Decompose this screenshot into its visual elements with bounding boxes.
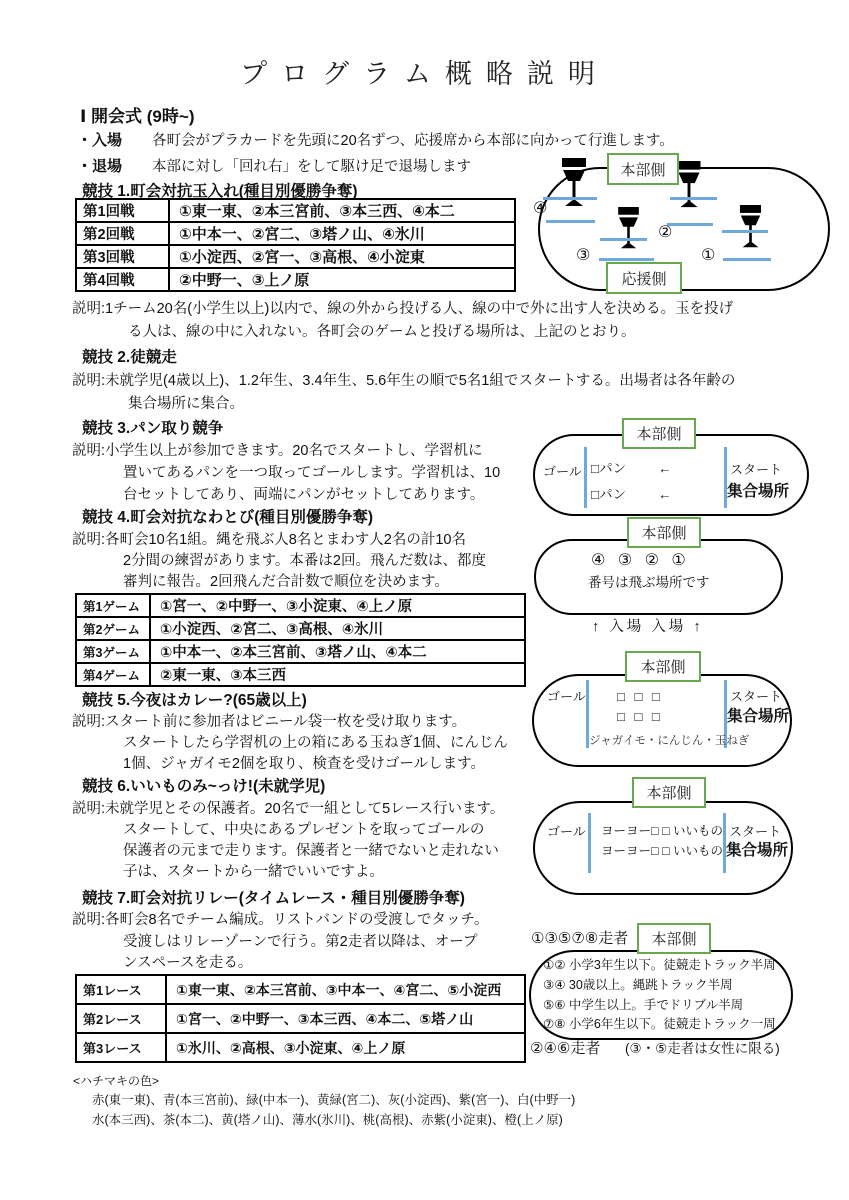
row-value: ①宮一、②中野一、③本三西、④本二、⑤塔ノ山 <box>167 1005 524 1032</box>
throw-line <box>667 223 713 226</box>
row-label: 第3ゲーム <box>77 641 151 662</box>
row-label: 第1回戦 <box>77 200 170 221</box>
goal-line <box>588 813 591 873</box>
relay-table: 第1レース ①東一東、②本三宮前、③中本一、④宮二、⑤小淀西 第2レース ①宮一… <box>75 974 526 1063</box>
row-label: 第1ゲーム <box>77 595 151 616</box>
table-row: 第3レース ①氷川、②高根、③小淀東、④上ノ原 <box>77 1032 524 1061</box>
pan-row: □パン <box>591 461 626 477</box>
event2-desc-line: 集合場所に集合。 <box>128 395 244 413</box>
event2-heading: 競技 2.徒競走 <box>82 348 177 367</box>
entry-line: ・入場各町会がプラカードを先頭に20名ずつ、応援席から本部に向かって行進します。 <box>77 131 674 151</box>
event2-desc-line: 説明:未就学児(4歳以上)、1.2年生、3.4年生、5.6年生の順で5名1組でス… <box>72 372 735 390</box>
event6-desc-line: 説明:未就学児とその保護者。20名で一組として5レース行います。 <box>72 800 504 818</box>
event7-desc-line: ンスペースを走る。 <box>123 954 252 972</box>
goal-line <box>584 447 587 508</box>
throw-line <box>546 220 595 223</box>
throw-line <box>600 238 647 241</box>
curry-goal-label: ゴール <box>547 689 586 705</box>
iimono-honbu-box: 本部側 <box>632 777 706 808</box>
tamaire-basket-icon <box>616 207 641 250</box>
row-label: 第4ゲーム <box>77 664 151 685</box>
throw-line <box>599 258 654 261</box>
event6-desc-line: 子は、スタートから一緒でいいですよ。 <box>123 863 384 881</box>
event5-desc-line: 1個、ジャガイモ2個を取り、検査を受けゴールします。 <box>123 755 485 773</box>
entry-label: ・入場 <box>77 132 122 149</box>
throw-line <box>722 230 768 233</box>
table-row: 第1ゲーム ①宮一、②中野一、③小淀東、④上ノ原 <box>77 595 524 616</box>
relay-rule-line: ⑤⑥ 中学生以上。手でドリブル半周 <box>543 998 743 1013</box>
left-arrow: ← <box>658 487 672 503</box>
program-page: プログラム概略説明 Ⅰ 開会式 (9時~) ・入場各町会がプラカードを先頭に20… <box>0 0 849 1200</box>
hachimaki-line: 赤(東一東)、青(本三宮前)、緑(中本一)、黄緑(宮二)、灰(小淀西)、紫(宮一… <box>92 1093 575 1109</box>
relay-rule-line: ⑦⑧ 小学6年生以下。徒競走トラック一周 <box>543 1017 776 1032</box>
row-label: 第2レース <box>77 1005 167 1032</box>
event4-heading: 競技 4.町会対抗なわとび(種目別優勝争奪) <box>82 508 373 527</box>
nawatobi-caption: 番号は飛ぶ場所です <box>588 575 710 591</box>
throw-line <box>543 197 597 200</box>
iimono-meet-label: 集合場所 <box>726 842 788 861</box>
event3-desc-line: 台セットしてあり、両端にパンがセットしてあります。 <box>123 486 484 504</box>
event3-desc-line: 説明:小学生以上が参加できます。20名でスタートし、学習机に <box>72 442 483 460</box>
table-row: 第2レース ①宮一、②中野一、③本三西、④本二、⑤塔ノ山 <box>77 1003 524 1032</box>
table-row: 第2回戦 ①中本一、②宮二、③塔ノ山、④氷川 <box>77 221 514 244</box>
row-label: 第3レース <box>77 1034 167 1061</box>
hachimaki-heading: <ハチマキの色> <box>73 1074 159 1089</box>
curry-items-caption: ジャガイモ・にんじん・玉ねぎ <box>589 735 749 749</box>
entry-text: 各町会がプラカードを先頭に20名ずつ、応援席から本部に向かって行進します。 <box>152 133 674 149</box>
hachimaki-line: 水(本三西)、茶(本二)、黄(塔ノ山)、薄水(氷川)、桃(高根)、赤紫(小淀東)… <box>92 1113 563 1129</box>
event5-desc-line: 説明:スタート前に参加者はビニール袋一枚を受け取ります。 <box>72 713 466 731</box>
event7-desc-line: 説明:各町会8名でチーム編成。リストバンドの受渡しでタッチ。 <box>72 911 489 929</box>
event6-desc-line: 保護者の元まで走ります。保護者と一緒でないと走れない <box>123 842 499 860</box>
position-number: ④ <box>533 199 547 218</box>
row-value: ②中野一、③上ノ原 <box>170 269 514 290</box>
curry-honbu-box: 本部側 <box>625 651 701 682</box>
position-number: ③ <box>576 246 590 265</box>
tamaire-honbu-box: 本部側 <box>607 153 679 185</box>
throw-line <box>723 258 771 261</box>
relay-rule-line: ①② 小学3年生以下。徒競走トラック半周 <box>543 958 776 973</box>
row-value: ①小淀西、②宮一、③高根、④小淀東 <box>170 246 514 267</box>
curry-start-label: スタート <box>730 689 782 705</box>
iimono-goal-label: ゴール <box>547 824 586 840</box>
curry-box-row: □ □ □ <box>617 709 663 725</box>
relay-honbu-box: 本部側 <box>637 923 711 954</box>
pan-row: □パン <box>591 487 626 503</box>
tamaire-basket-icon <box>561 158 587 208</box>
tamaire-table: 第1回戦 ①東一東、②本三宮前、③本三西、④本二 第2回戦 ①中本一、②宮二、③… <box>75 198 516 292</box>
relay-runners-bottom: ②④⑥走者 <box>530 1040 600 1058</box>
event1-desc-line: 説明:1チーム20名(小学生以上)以内で、線の外から投げる人、線の中で外に出す人… <box>72 300 733 318</box>
event6-heading: 競技 6.いいものみ~っけ!(未就学児) <box>82 777 325 796</box>
table-row: 第1レース ①東一東、②本三宮前、③中本一、④宮二、⑤小淀西 <box>77 976 524 1003</box>
row-value: ①東一東、②本三宮前、③本三西、④本二 <box>170 200 514 221</box>
row-label: 第3回戦 <box>77 246 170 267</box>
relay-rule-line: ③④ 30歳以上。縄跳トラック半周 <box>543 978 733 993</box>
opening-heading: Ⅰ 開会式 (9時~) <box>80 106 194 127</box>
exit-line: ・退場本部に対し「回れ右」をして駆け足で退場します <box>77 157 471 177</box>
left-arrow: ← <box>658 461 672 477</box>
iimono-start-label: スタート <box>729 824 781 840</box>
table-row: 第4回戦 ②中野一、③上ノ原 <box>77 267 514 290</box>
curry-box-row: □ □ □ <box>617 689 663 705</box>
event3-heading: 競技 3.パン取り競争 <box>82 419 223 438</box>
relay-note: (③・⑤走者は女性に限る) <box>625 1041 780 1057</box>
event7-desc-line: 受渡しはリレーゾーンで行う。第2走者以降は、オープ <box>123 933 477 951</box>
row-label: 第4回戦 <box>77 269 170 290</box>
table-row: 第3回戦 ①小淀西、②宮一、③高根、④小淀東 <box>77 244 514 267</box>
nawatobi-honbu-box: 本部側 <box>627 517 701 548</box>
iimono-row: ヨーヨー□ □ いいもの <box>601 844 723 859</box>
event4-desc-line: 審判に報告。2回飛んだ合計数で順位を決めます。 <box>123 573 449 591</box>
tamaire-basket-icon <box>738 205 763 249</box>
event1-desc-line: る人は、線の中に入れない。各町会のゲームと投げる場所は、上記のとおり。 <box>128 323 636 341</box>
event5-heading: 競技 5.今夜はカレー?(65歳以上) <box>82 691 307 710</box>
row-label: 第2回戦 <box>77 223 170 244</box>
pan-meet-label: 集合場所 <box>727 483 789 502</box>
event3-desc-line: 置いてあるパンを一つ取ってゴールします。学習机は、10 <box>123 464 500 482</box>
iimono-row: ヨーヨー□ □ いいもの <box>601 824 723 839</box>
pan-start-label: スタート <box>730 462 782 478</box>
nawatobi-numbers: ④ ③ ② ① <box>591 551 690 570</box>
row-label: 第2ゲーム <box>77 618 151 639</box>
table-row: 第3ゲーム ①中本一、②本三宮前、③塔ノ山、④本二 <box>77 639 524 662</box>
tamaire-ouen-box: 応援側 <box>606 262 682 294</box>
event6-desc-line: スタートして、中央にあるプレゼントを取ってゴールの <box>123 821 484 839</box>
event4-desc-line: 2分間の練習があります。本番は2回。飛んだ数は、都度 <box>123 552 486 570</box>
table-row: 第2ゲーム ①小淀西、②宮二、③高根、④氷川 <box>77 616 524 639</box>
throw-line <box>670 197 717 200</box>
curry-meet-label: 集合場所 <box>727 708 789 727</box>
tamaire-basket-icon <box>676 161 702 209</box>
exit-text: 本部に対し「回れ右」をして駆け足で退場します <box>152 159 471 175</box>
row-label: 第1レース <box>77 976 167 1003</box>
row-value: ②東一東、③本三西 <box>151 664 524 685</box>
table-row: 第1回戦 ①東一東、②本三宮前、③本三西、④本二 <box>77 200 514 221</box>
row-value: ①小淀西、②宮二、③高根、④氷川 <box>151 618 524 639</box>
row-value: ①東一東、②本三宮前、③中本一、④宮二、⑤小淀西 <box>167 976 524 1003</box>
event7-heading: 競技 7.町会対抗リレー(タイムレース・種目別優勝争奪) <box>82 889 465 908</box>
table-row: 第4ゲーム ②東一東、③本三西 <box>77 662 524 685</box>
event5-desc-line: スタートしたら学習机の上の箱にある玉ねぎ1個、にんじん <box>123 734 508 752</box>
position-number: ① <box>701 246 715 265</box>
row-value: ①中本一、②宮二、③塔ノ山、④氷川 <box>170 223 514 244</box>
position-number: ② <box>658 223 672 242</box>
page-title: プログラム概略説明 <box>0 58 849 92</box>
nawatobi-table: 第1ゲーム ①宮一、②中野一、③小淀東、④上ノ原 第2ゲーム ①小淀西、②宮二、… <box>75 593 526 687</box>
row-value: ①氷川、②高根、③小淀東、④上ノ原 <box>167 1034 524 1061</box>
nawatobi-entry-arrows: ↑ 入場 入場 ↑ <box>592 619 704 636</box>
relay-runners-top: ①③⑤⑦⑧走者 <box>531 930 628 948</box>
row-value: ①宮一、②中野一、③小淀東、④上ノ原 <box>151 595 524 616</box>
pan-honbu-box: 本部側 <box>622 418 696 449</box>
row-value: ①中本一、②本三宮前、③塔ノ山、④本二 <box>151 641 524 662</box>
event4-desc-line: 説明:各町会10名1組。縄を飛ぶ人8名とまわす人2名の計10名 <box>72 531 466 549</box>
pan-goal-label: ゴール <box>543 464 582 480</box>
exit-label: ・退場 <box>77 158 122 175</box>
